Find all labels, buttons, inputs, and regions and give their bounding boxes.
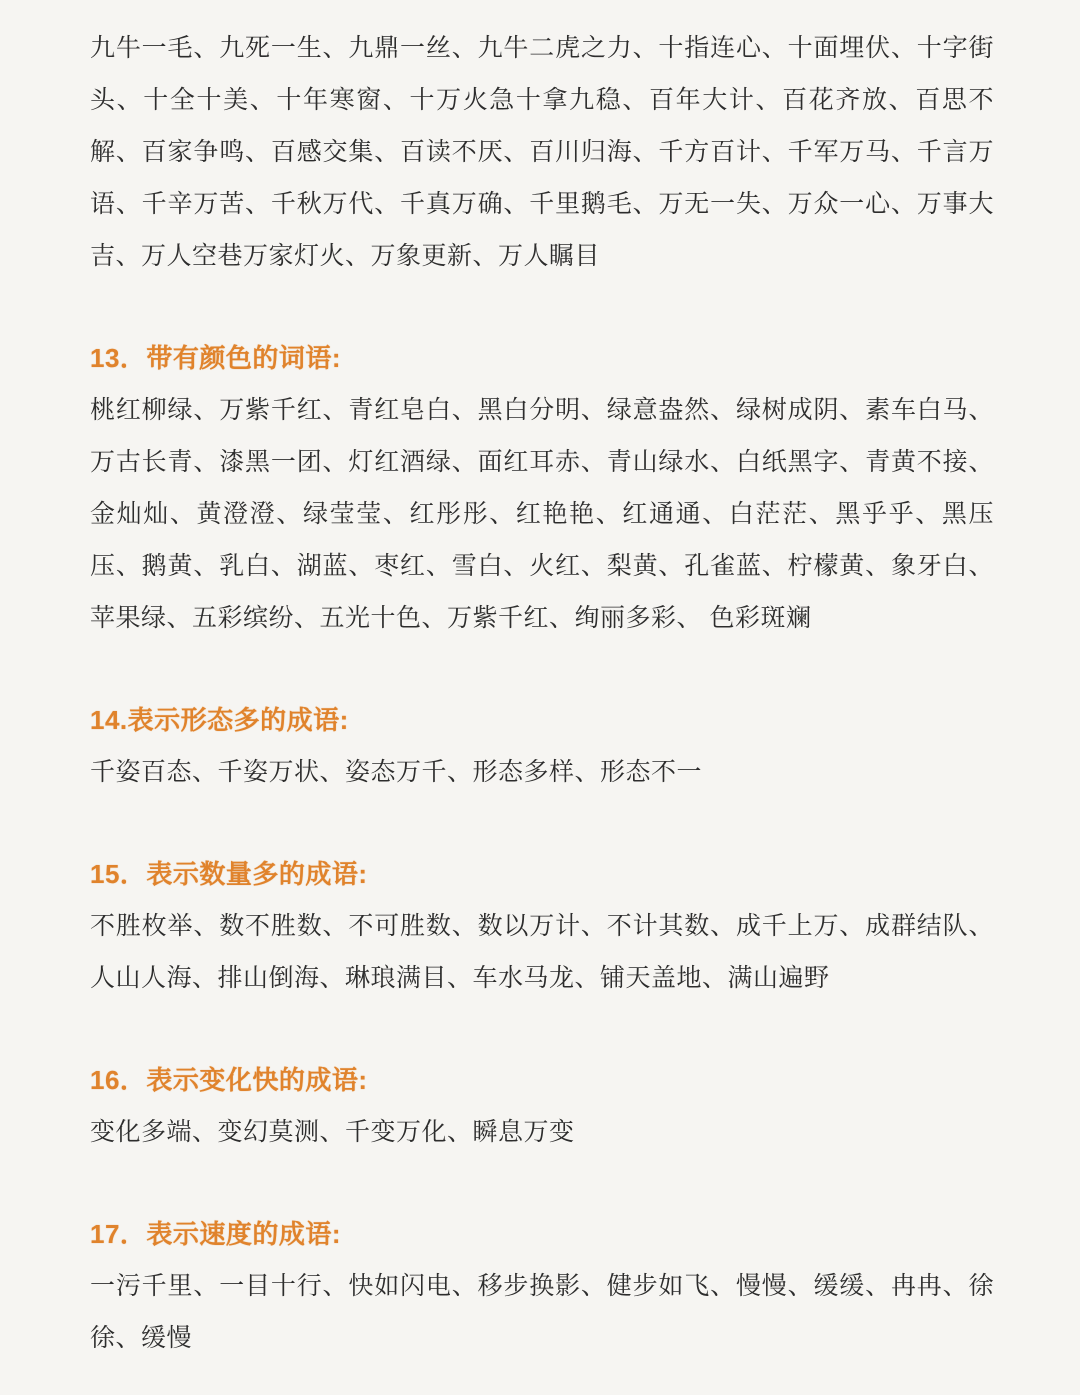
section-15-paragraph: 不胜枚举、数不胜数、不可胜数、数以万计、不计其数、成千上万、成群结队、人山人海、… [90,900,994,1004]
section-13-color-words: 13．带有颜色的词语: 桃红柳绿、万紫千红、青红皂白、黑白分明、绿意盎然、绿树成… [90,332,994,644]
section-14-paragraph: 千姿百态、千姿万状、姿态万千、形态多样、形态不一 [90,746,994,798]
section-17-heading: 17．表示速度的成语: [90,1208,994,1260]
section-15-heading: 15．表示数量多的成语: [90,848,994,900]
section-16-paragraph: 变化多端、变幻莫测、千变万化、瞬息万变 [90,1106,994,1158]
section-17-speed-idioms: 17．表示速度的成语: 一污千里、一目十行、快如闪电、移步换影、健步如飞、慢慢、… [90,1208,994,1364]
section-16-heading: 16．表示变化快的成语: [90,1054,994,1106]
section-13-paragraph: 桃红柳绿、万紫千红、青红皂白、黑白分明、绿意盎然、绿树成阴、素车白马、万古长青、… [90,384,994,644]
document-page: 九牛一毛、九死一生、九鼎一丝、九牛二虎之力、十指连心、十面埋伏、十字街头、十全十… [0,0,1080,1395]
section-16-change-idioms: 16．表示变化快的成语: 变化多端、变幻莫测、千变万化、瞬息万变 [90,1054,994,1158]
section-15-quantity-idioms: 15．表示数量多的成语: 不胜枚举、数不胜数、不可胜数、数以万计、不计其数、成千… [90,848,994,1004]
number-idioms-paragraph: 九牛一毛、九死一生、九鼎一丝、九牛二虎之力、十指连心、十面埋伏、十字街头、十全十… [90,22,994,282]
section-14-shape-idioms: 14.表示形态多的成语: 千姿百态、千姿万状、姿态万千、形态多样、形态不一 [90,694,994,798]
section-number-idioms: 九牛一毛、九死一生、九鼎一丝、九牛二虎之力、十指连心、十面埋伏、十字街头、十全十… [90,22,994,282]
section-14-heading: 14.表示形态多的成语: [90,694,994,746]
section-13-heading: 13．带有颜色的词语: [90,332,994,384]
section-17-paragraph: 一污千里、一目十行、快如闪电、移步换影、健步如飞、慢慢、缓缓、冉冉、徐徐、缓慢 [90,1260,994,1364]
